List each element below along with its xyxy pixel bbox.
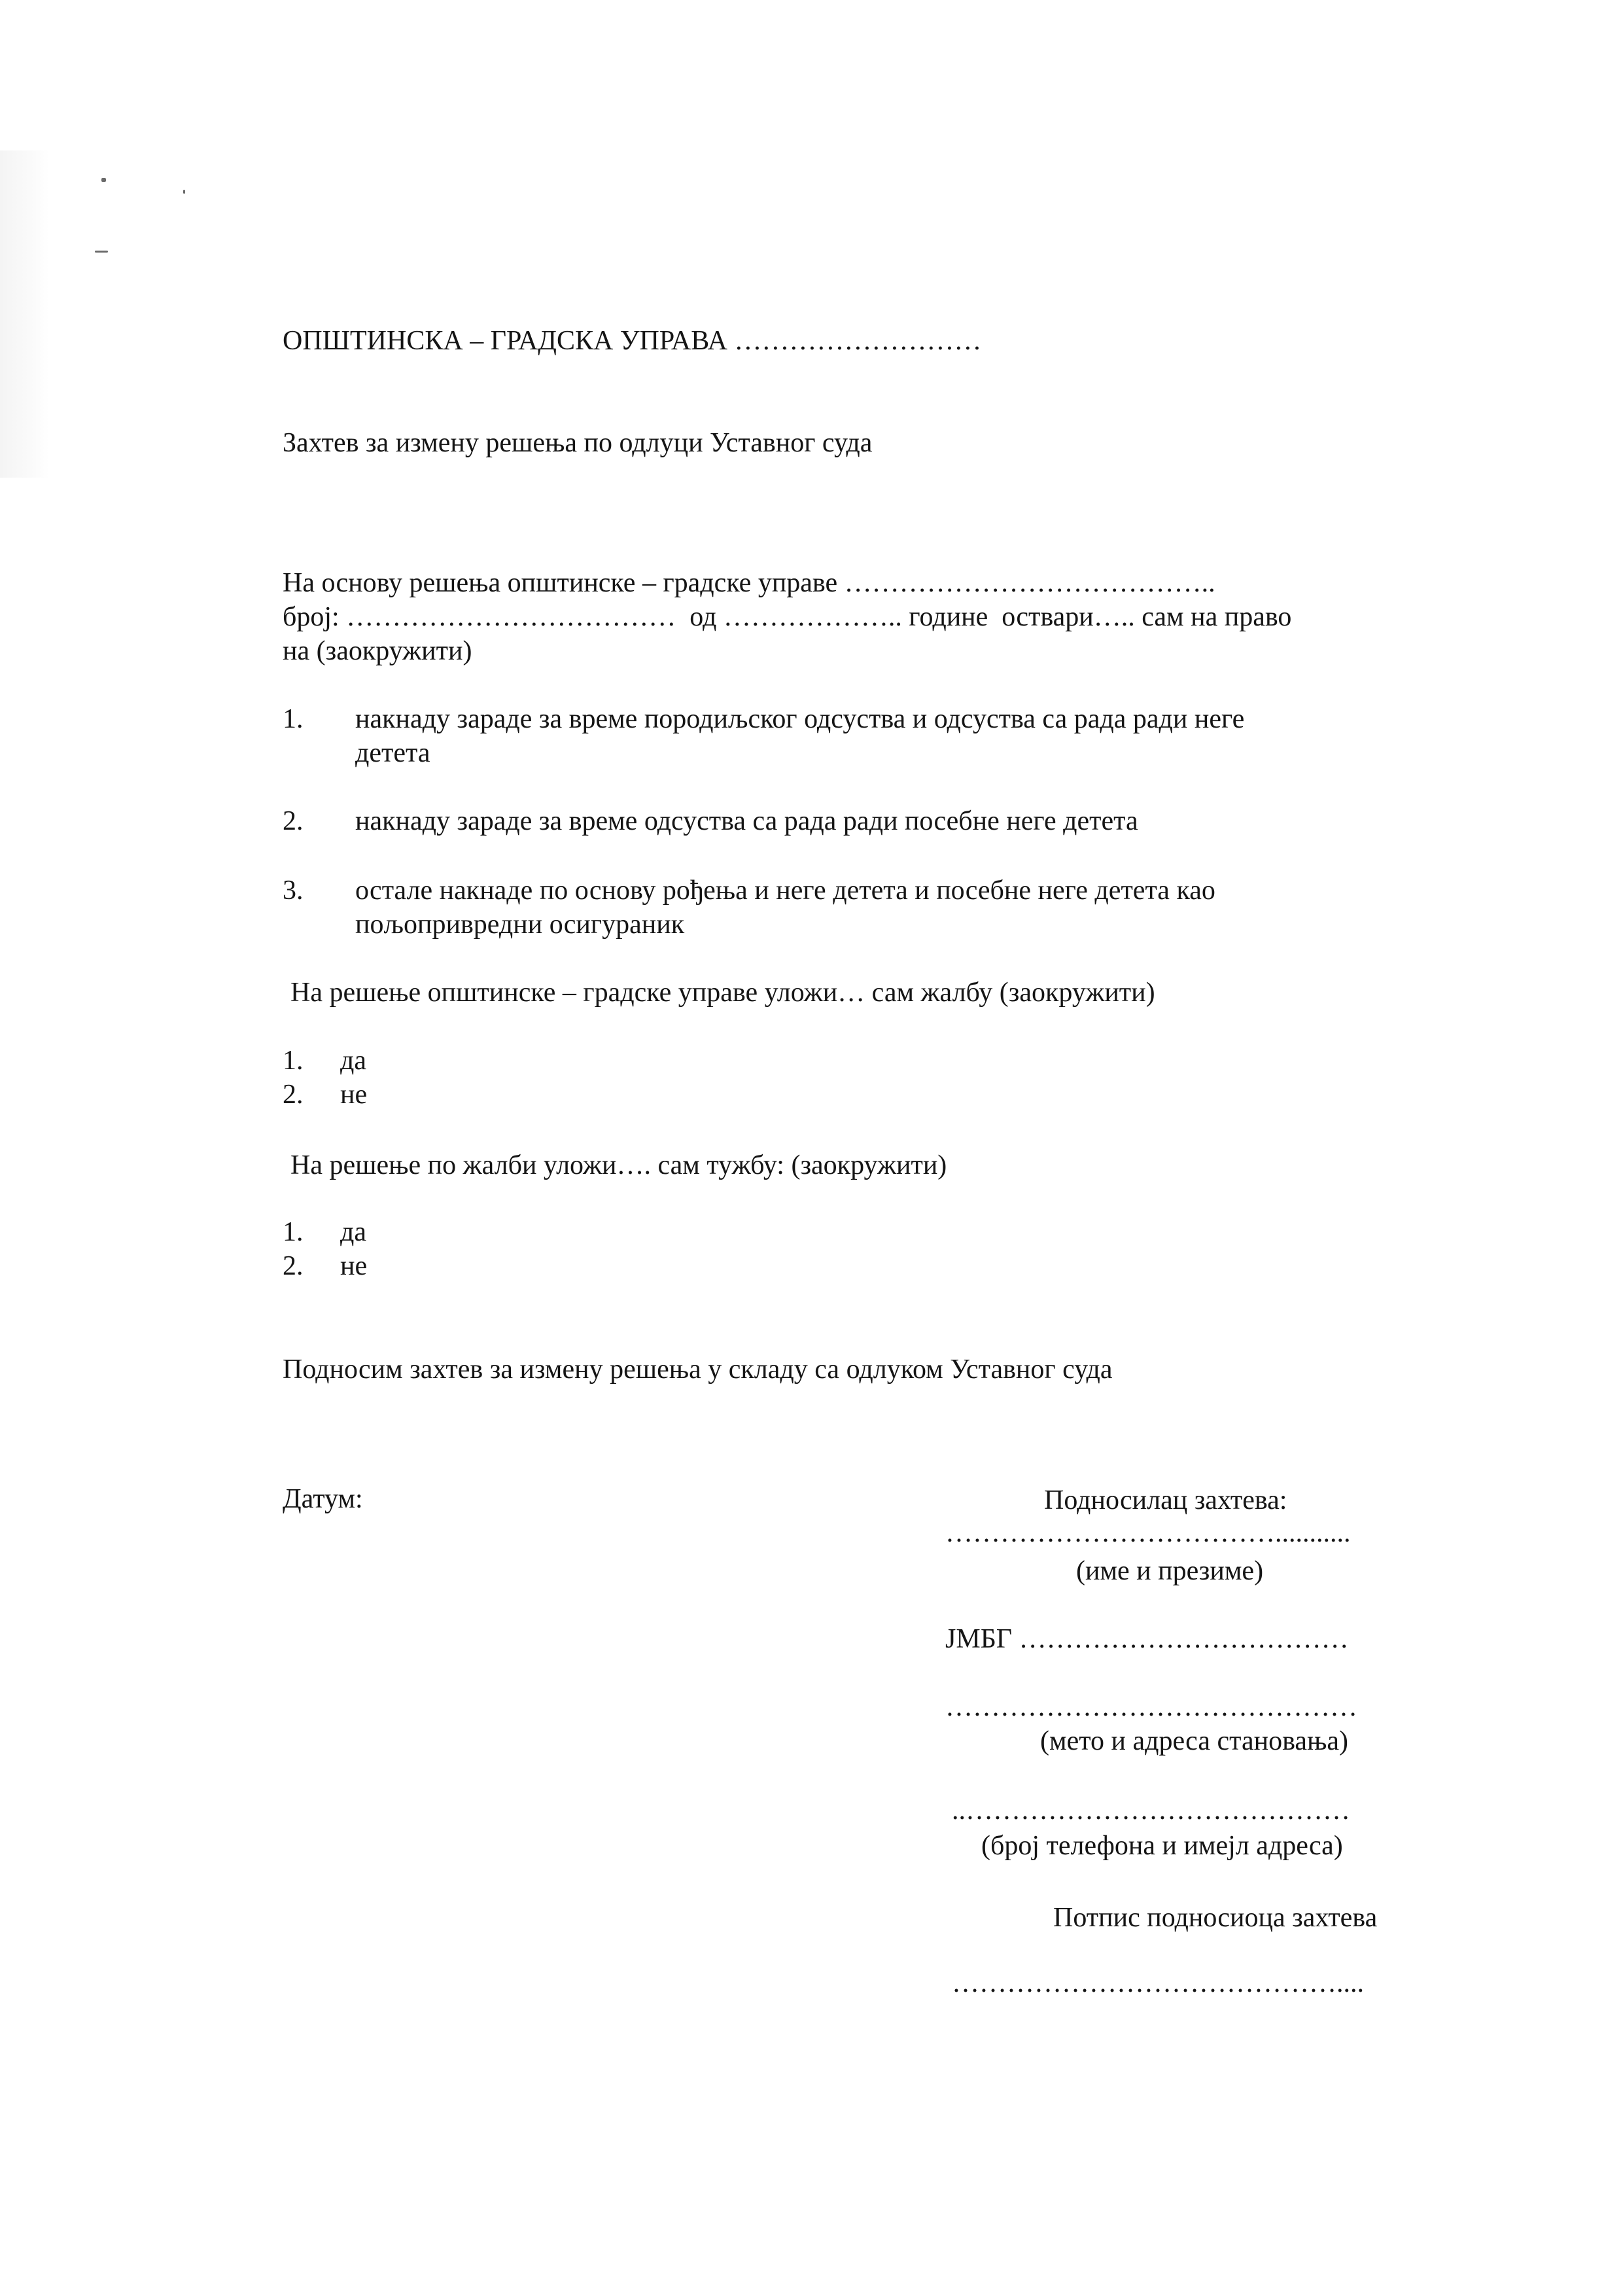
option-label: да [340, 1218, 366, 1246]
scan-speck [101, 178, 106, 182]
option-label: да [340, 1047, 366, 1074]
option-number: 1. [283, 1218, 304, 1246]
jmbg-field[interactable]: ЈМБГ ……………………………… [945, 1625, 1349, 1653]
option-text: накнаду зараде за време одсуства са рада… [355, 807, 1138, 835]
option-number: 2. [283, 1252, 304, 1280]
appeal-question: На решење општинске – градске управе уло… [290, 979, 1155, 1006]
request-statement: Подносим захтев за измену решења у склад… [283, 1356, 1113, 1383]
scan-speck [95, 251, 108, 253]
address-field[interactable]: ……………………………………… [945, 1693, 1357, 1721]
option-number: 2. [283, 1081, 304, 1108]
option-text-cont: детета [355, 739, 430, 767]
name-field[interactable]: ………………………………........... [945, 1519, 1351, 1547]
lawsuit-question: На решење по жалби уложи…. сам тужбу: (з… [290, 1152, 947, 1179]
signature-field[interactable]: …………………………………….... [952, 1969, 1364, 1997]
scan-edge-shadow [0, 150, 49, 478]
intro-line-1: На основу решења општинске – градске упр… [283, 569, 1215, 597]
name-caption: (име и презиме) [1076, 1557, 1263, 1585]
authority-heading: ОПШТИНСКА – ГРАДСКА УПРАВА ……………………… [283, 327, 981, 355]
option-text-cont: пољопривредни осигураник [355, 911, 684, 938]
contact-field[interactable]: ..…………………………………… [952, 1797, 1350, 1824]
request-subject: Захтев за измену решења по одлуци Уставн… [283, 429, 872, 457]
date-label: Датум: [283, 1485, 363, 1513]
contact-caption: (број телефона и имејл адреса) [981, 1832, 1343, 1860]
address-caption: (мето и адреса становања) [1040, 1727, 1348, 1755]
option-label: не [340, 1252, 367, 1280]
option-text: накнаду зараде за време породиљског одсу… [355, 705, 1244, 733]
scan-speck [183, 190, 185, 194]
option-number: 1. [283, 705, 304, 733]
option-number: 2. [283, 807, 304, 835]
option-label: не [340, 1081, 367, 1108]
option-text: остале накнаде по основу рођења и неге д… [355, 877, 1215, 904]
signature-label: Потпис подносиоца захтева [1053, 1904, 1377, 1932]
option-number: 1. [283, 1047, 304, 1074]
applicant-label: Подносилац захтева: [1044, 1487, 1287, 1514]
intro-line-3: на (заокружити) [283, 637, 472, 665]
intro-line-2: број: ……………………………… од ……………….. године ос… [283, 603, 1291, 631]
option-number: 3. [283, 877, 304, 904]
